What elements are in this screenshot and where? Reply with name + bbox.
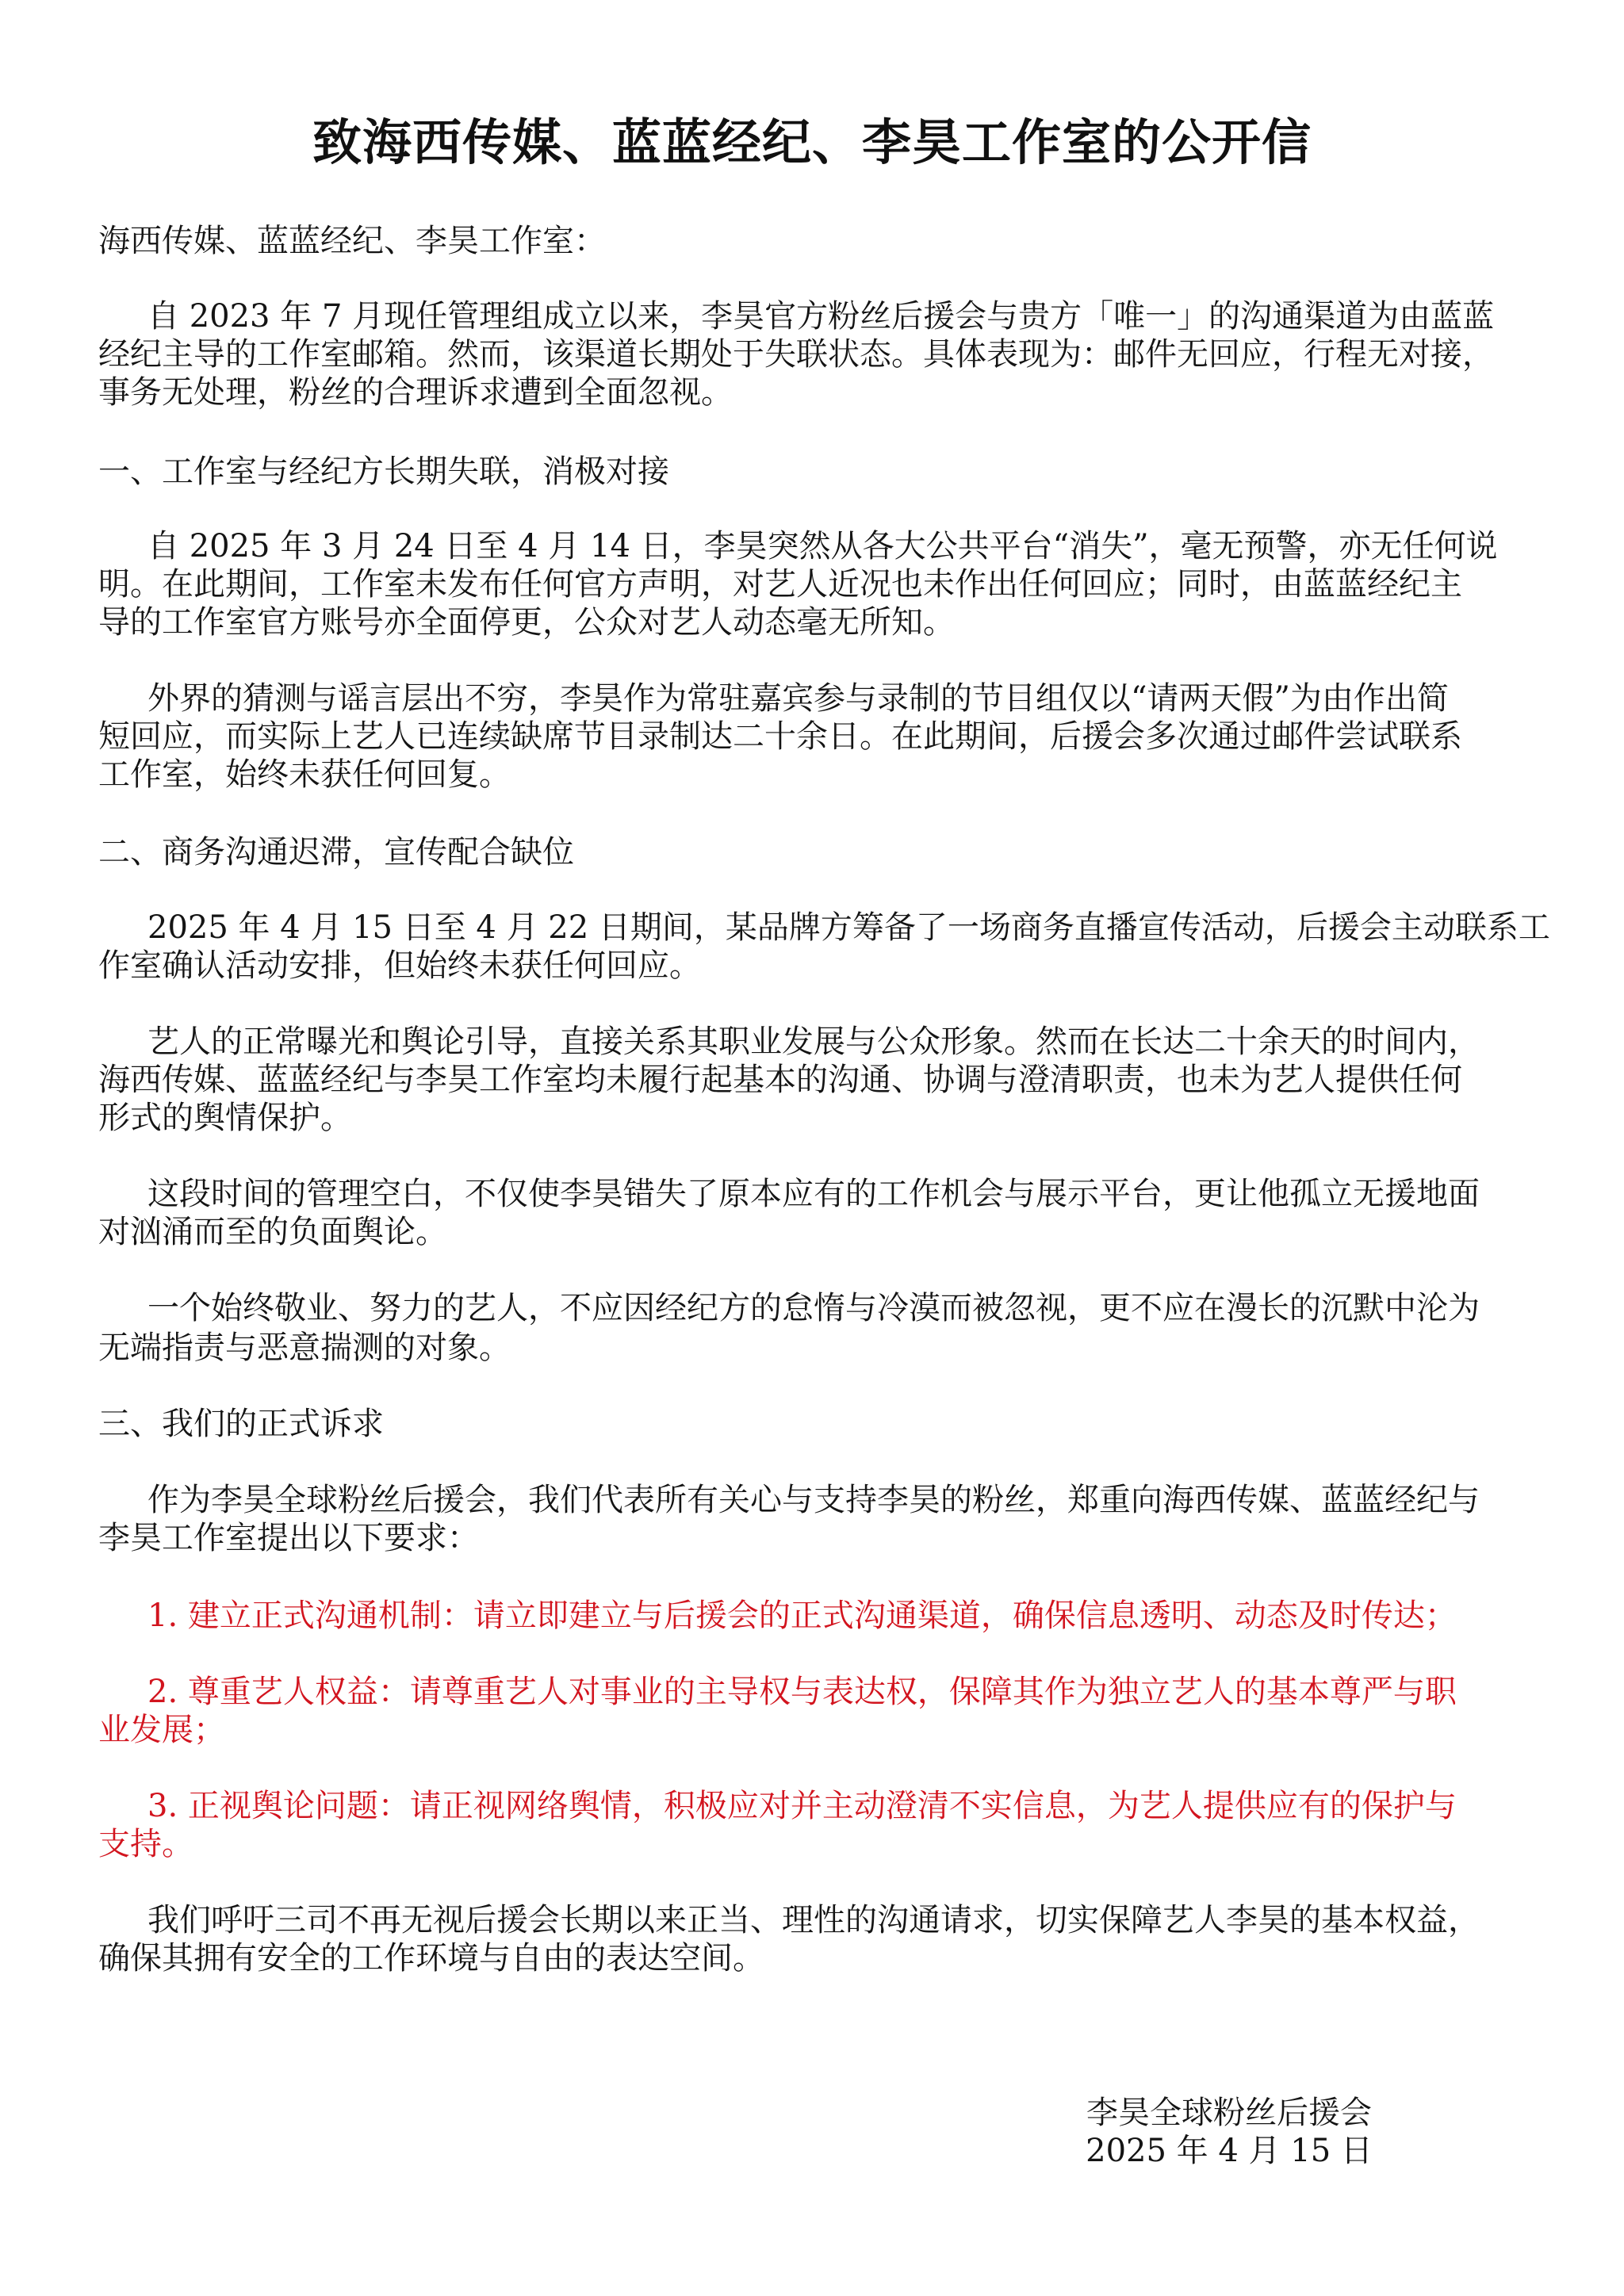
section3-p1-line-2: 李昊工作室提出以下要求： xyxy=(98,1519,1526,1557)
section1-p1-line-3: 导的工作室官方账号亦全面停更，公众对艺人动态毫无所知。 xyxy=(98,603,1526,641)
section2-p3-line-2: 对汹涌而至的负面舆论。 xyxy=(98,1213,1526,1251)
section3-heading: 三、我们的正式诉求 xyxy=(98,1405,1526,1443)
section1-heading: 一、工作室与经纪方长期失联，消极对接 xyxy=(98,453,1526,491)
section2-p2-line-2: 海西传媒、蓝蓝经纪与李昊工作室均未履行起基本的沟通、协调与澄清职责，也未为艺人提… xyxy=(98,1061,1526,1099)
section2-p1-line-1: 2025 年 4 月 15 日至 4 月 22 日期间，某品牌方筹备了一场商务直… xyxy=(147,909,1575,947)
section2-p2-line-3: 形式的舆情保护。 xyxy=(98,1099,1526,1137)
section2-p4-line-1: 一个始终敬业、努力的艺人，不应因经纪方的怠惰与冷漠而被忽视，更不应在漫长的沉默中… xyxy=(147,1289,1575,1327)
intro-line-1: 自 2023 年 7 月现任管理组成立以来，李昊官方粉丝后援会与贵方「唯一」的沟… xyxy=(147,297,1575,335)
signature-name: 李昊全球粉丝后援会 xyxy=(1071,2094,1388,2132)
demand-2-line-1: 2. 尊重艺人权益：请尊重艺人对事业的主导权与表达权，保障其作为独立艺人的基本尊… xyxy=(147,1673,1575,1711)
section1-p2-line-1: 外界的猜测与谣言层出不穷，李昊作为常驻嘉宾参与录制的节目组仅以“请两天假”为由作… xyxy=(147,679,1575,717)
section1-p1-line-2: 明。在此期间，工作室未发布任何官方声明，对艺人近况也未作出任何回应；同时，由蓝蓝… xyxy=(98,565,1526,603)
section2-p2-line-1: 艺人的正常曝光和舆论引导，直接关系其职业发展与公众形象。然而在长达二十余天的时间… xyxy=(147,1023,1575,1061)
open-letter-page: 致海西传媒、蓝蓝经纪、李昊工作室的公开信 海西传媒、蓝蓝经纪、李昊工作室： 自 … xyxy=(0,0,1624,2296)
section1-p2-line-2: 短回应，而实际上艺人已连续缺席节目录制达二十余日。在此期间，后援会多次通过邮件尝… xyxy=(98,717,1526,756)
demand-3-line-2: 支持。 xyxy=(98,1825,1526,1863)
intro-line-2: 经纪主导的工作室邮箱。然而，该渠道长期处于失联状态。具体表现为：邮件无回应，行程… xyxy=(98,335,1526,373)
demand-1-line-1: 1. 建立正式沟通机制：请立即建立与后援会的正式沟通渠道，确保信息透明、动态及时… xyxy=(147,1597,1575,1635)
demand-2-line-2: 业发展； xyxy=(98,1711,1526,1749)
demand-3-line-1: 3. 正视舆论问题：请正视网络舆情，积极应对并主动澄清不实信息，为艺人提供应有的… xyxy=(147,1787,1575,1825)
section3-p1-line-1: 作为李昊全球粉丝后援会，我们代表所有关心与支持李昊的粉丝，郑重向海西传媒、蓝蓝经… xyxy=(147,1481,1575,1519)
section2-heading: 二、商务沟通迟滞，宣传配合缺位 xyxy=(98,833,1526,871)
section2-p3-line-1: 这段时间的管理空白，不仅使李昊错失了原本应有的工作机会与展示平台，更让他孤立无援… xyxy=(147,1175,1575,1213)
section2-p1-line-2: 作室确认活动安排，但始终未获任何回应。 xyxy=(98,947,1526,985)
intro-line-3: 事务无处理，粉丝的合理诉求遭到全面忽视。 xyxy=(98,373,1526,411)
section1-p1-line-1: 自 2025 年 3 月 24 日至 4 月 14 日，李昊突然从各大公共平台“… xyxy=(147,527,1575,565)
salutation: 海西传媒、蓝蓝经纪、李昊工作室： xyxy=(98,222,1526,260)
signature-date: 2025 年 4 月 15 日 xyxy=(1071,2132,1388,2170)
section2-p4-line-2: 无端指责与恶意揣测的对象。 xyxy=(98,1329,1526,1367)
closing-line-2: 确保其拥有安全的工作环境与自由的表达空间。 xyxy=(98,1939,1526,1977)
section1-p2-line-3: 工作室，始终未获任何回复。 xyxy=(98,756,1526,794)
letter-title: 致海西传媒、蓝蓝经纪、李昊工作室的公开信 xyxy=(0,114,1624,171)
closing-line-1: 我们呼吁三司不再无视后援会长期以来正当、理性的沟通请求，切实保障艺人李昊的基本权… xyxy=(147,1901,1575,1939)
